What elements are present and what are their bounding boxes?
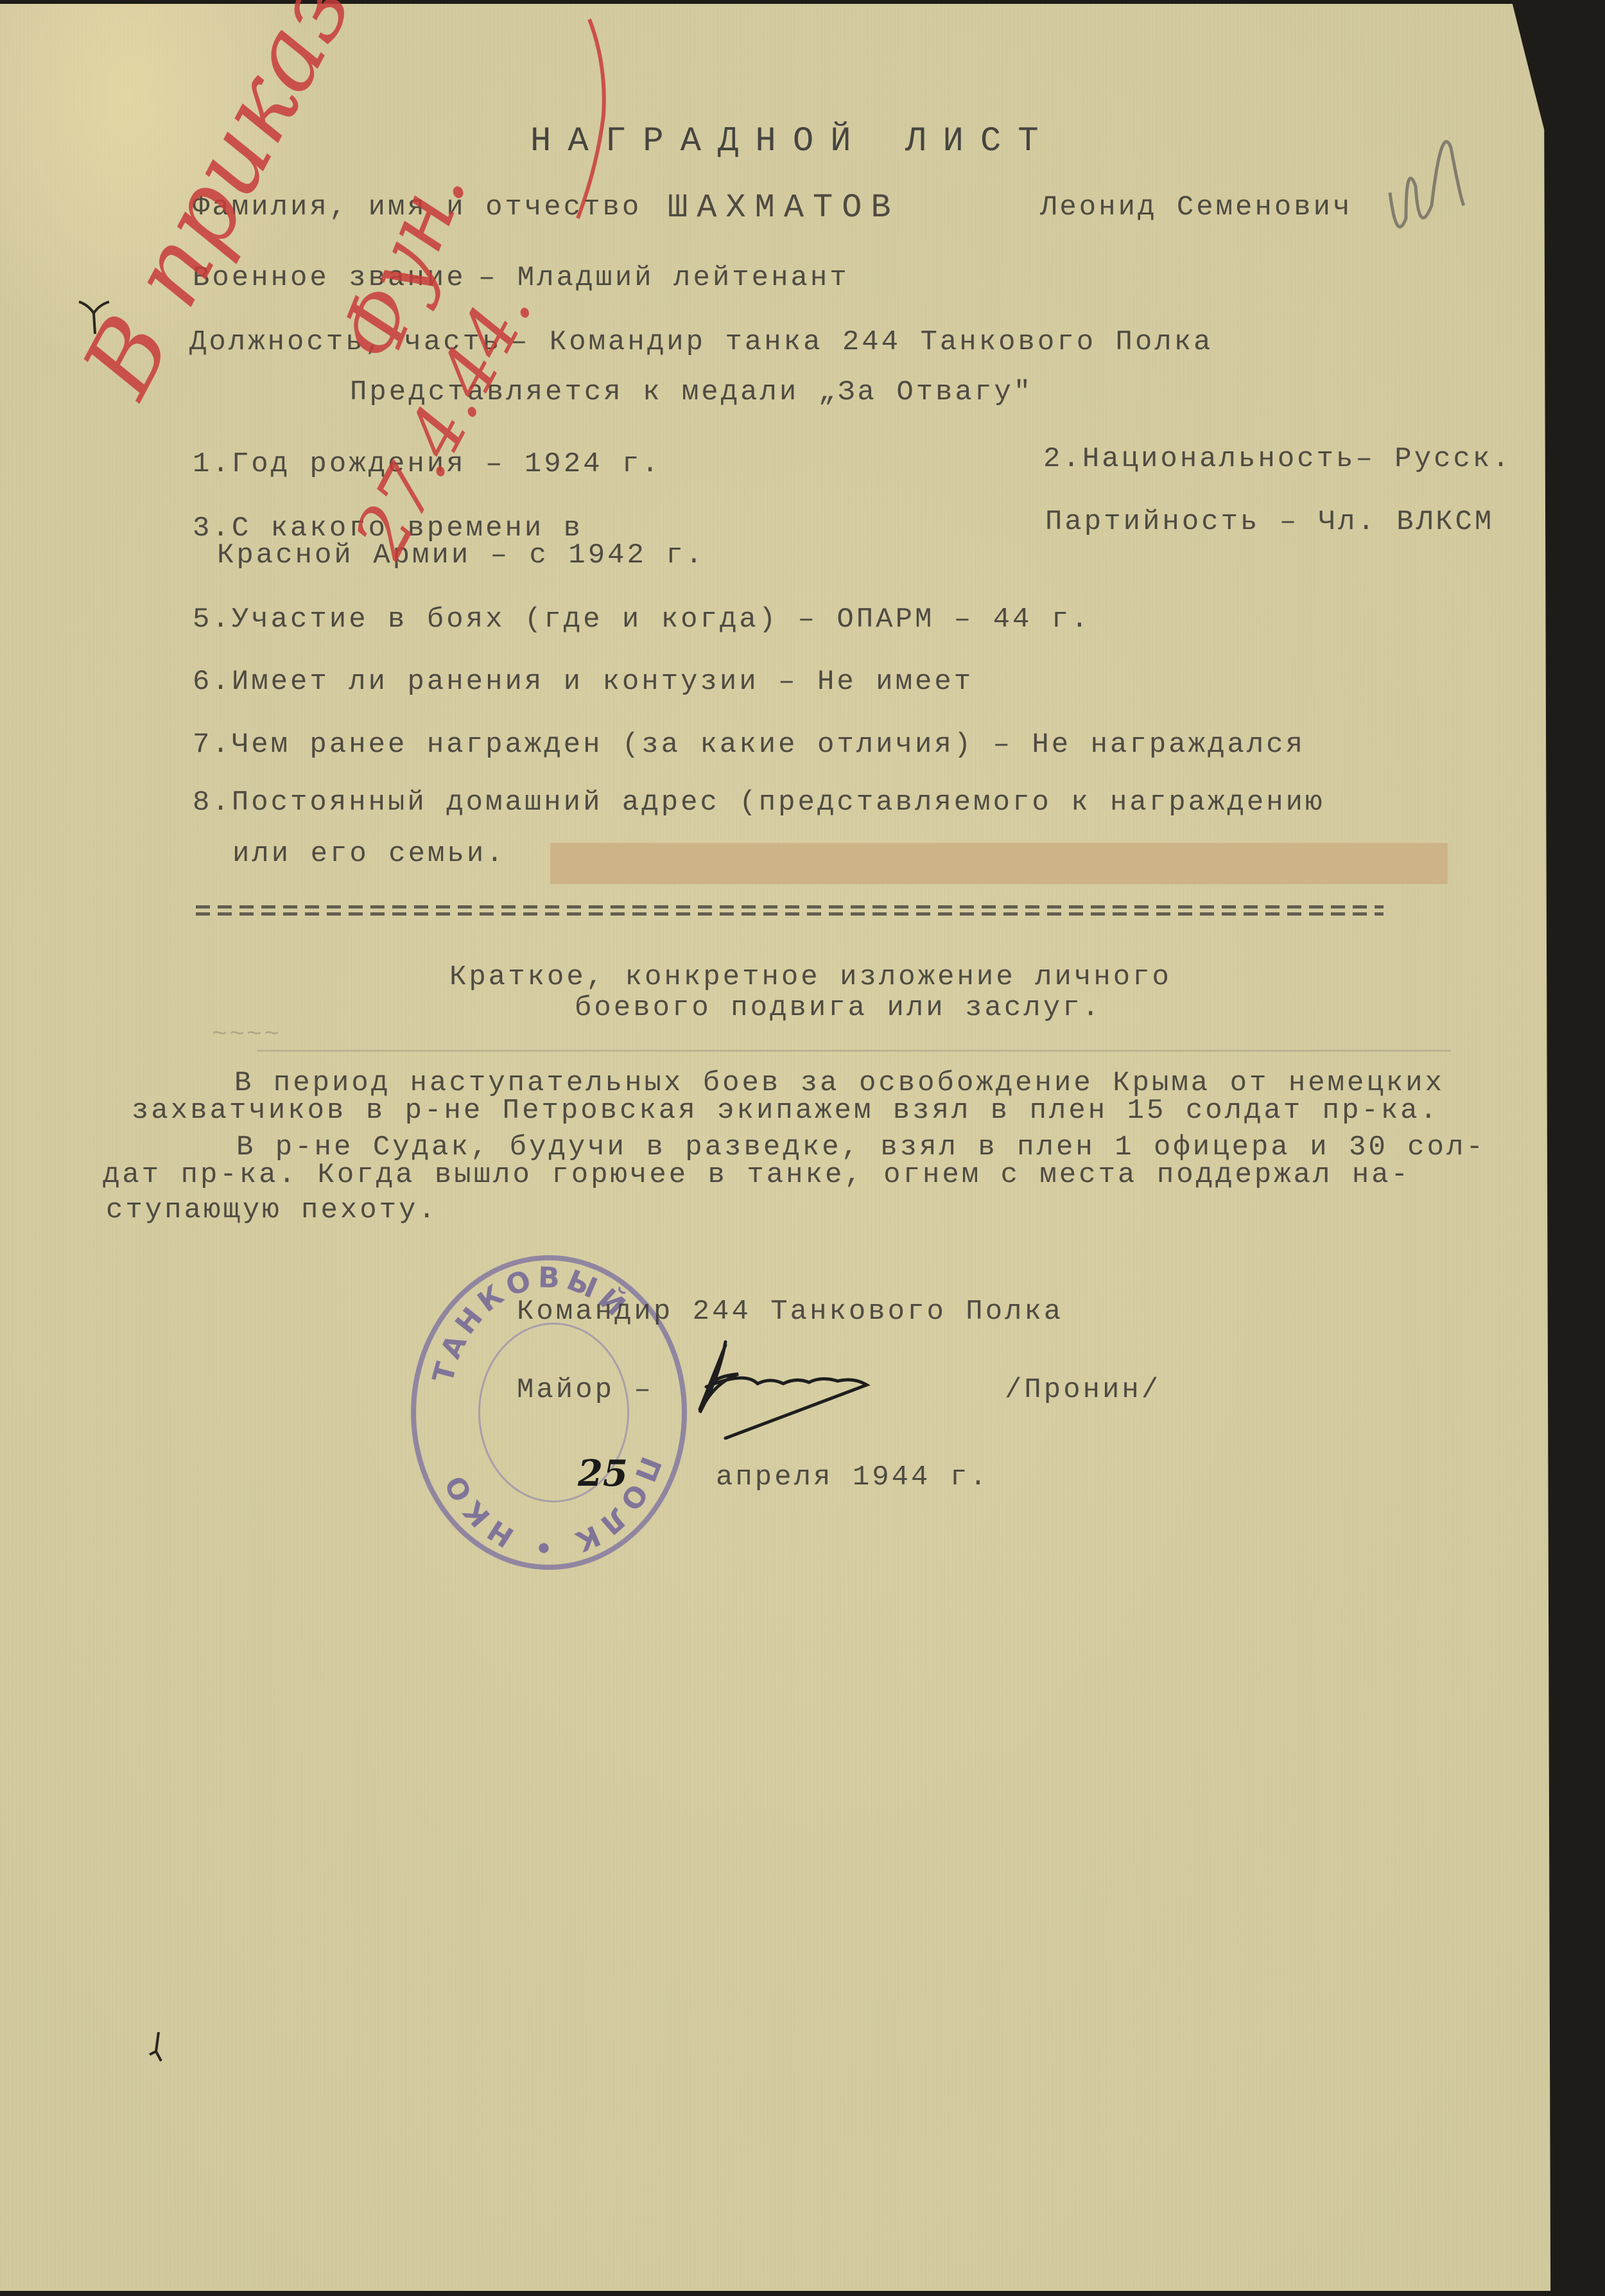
item-number: 8. bbox=[193, 787, 232, 819]
red-pencil-stroke-icon bbox=[559, 13, 648, 231]
summary-heading-line1: Краткое, конкретное изложение личного bbox=[449, 961, 1172, 993]
item-3-line2: Красной Армии – с 1942 г. bbox=[217, 539, 705, 571]
rank-value: – Младший лейтенант bbox=[478, 262, 849, 294]
item-value: – Не имеет bbox=[778, 666, 973, 698]
signatory-name: /Пронин/ bbox=[1005, 1374, 1161, 1406]
summary-line: дат пр-ка. Когда вышло горючее в танке, … bbox=[103, 1159, 1410, 1191]
item-label: Красной Армии bbox=[217, 539, 471, 571]
item-party: Партийность – Чл. ВЛКСМ bbox=[1045, 506, 1494, 538]
item-number: 5. bbox=[193, 604, 232, 636]
date-day-handwritten: 25 bbox=[578, 1452, 628, 1495]
item-value: – Чл. ВЛКСМ bbox=[1280, 506, 1494, 538]
item-8-line2: или его семьи. bbox=[232, 838, 506, 870]
item-5: 5.Участие в боях (где и когда) – ОПАРМ –… bbox=[193, 604, 1091, 636]
item-label: Имеет ли ранения и контузии bbox=[232, 666, 759, 698]
fio-surname: ШАХМАТОВ bbox=[668, 189, 900, 227]
item-label: Участие в боях (где и когда) bbox=[232, 604, 778, 636]
item-label: Чем ранее награжден (за какие отличия) bbox=[232, 729, 973, 761]
item-value: – ОПАРМ – 44 г. bbox=[798, 604, 1091, 636]
item-number: 7. bbox=[193, 729, 232, 761]
item-number: 6. bbox=[193, 666, 232, 698]
item-value: – Не награждался bbox=[993, 729, 1305, 761]
faint-bleedthrough-text: ~~~~ bbox=[212, 1021, 281, 1050]
summary-heading-line2: боевого подвига или заслуг. bbox=[575, 992, 1102, 1024]
signatory-rank: Майор – bbox=[517, 1374, 654, 1406]
date-rest: апреля 1944 г. bbox=[716, 1461, 989, 1493]
paper-tear-icon bbox=[144, 2029, 170, 2074]
item-value: – с 1942 г. bbox=[490, 539, 705, 571]
commander-title: Командир 244 Танкового Полка bbox=[517, 1296, 1063, 1328]
item-number: 2. bbox=[1043, 443, 1082, 475]
item-2: 2.Национальность– Русск. bbox=[1043, 443, 1512, 475]
item-label: Национальность bbox=[1082, 443, 1356, 475]
pencil-mark-icon bbox=[1380, 83, 1483, 250]
summary-line: захватчиков в р-не Петровская экипажем в… bbox=[132, 1095, 1439, 1127]
item-value: – Русск. bbox=[1355, 443, 1511, 475]
fio-name: Леонид Семенович bbox=[1040, 191, 1352, 223]
item-number: 1. bbox=[193, 448, 232, 480]
svg-text:ПОЛК • НКО: ПОЛК • НКО bbox=[437, 1452, 667, 1564]
faint-underline bbox=[257, 1050, 1451, 1052]
item-8-line1: 8.Постоянный домашний адрес (представляе… bbox=[193, 787, 1324, 819]
separator-line bbox=[196, 905, 1384, 917]
summary-line: ступающую пехоту. bbox=[106, 1194, 438, 1226]
redacted-address bbox=[550, 843, 1448, 884]
item-7: 7.Чем ранее награжден (за какие отличия)… bbox=[193, 729, 1305, 761]
handwritten-signature-icon bbox=[687, 1339, 931, 1441]
position-value: – Командир танка 244 Танкового Полка bbox=[510, 326, 1213, 358]
item-label: Постоянный домашний адрес (представляемо… bbox=[232, 787, 1325, 819]
item-value: – 1924 г. bbox=[485, 448, 661, 480]
item-6: 6.Имеет ли ранения и контузии – Не имеет bbox=[193, 666, 973, 698]
item-label: Партийность bbox=[1045, 506, 1260, 538]
